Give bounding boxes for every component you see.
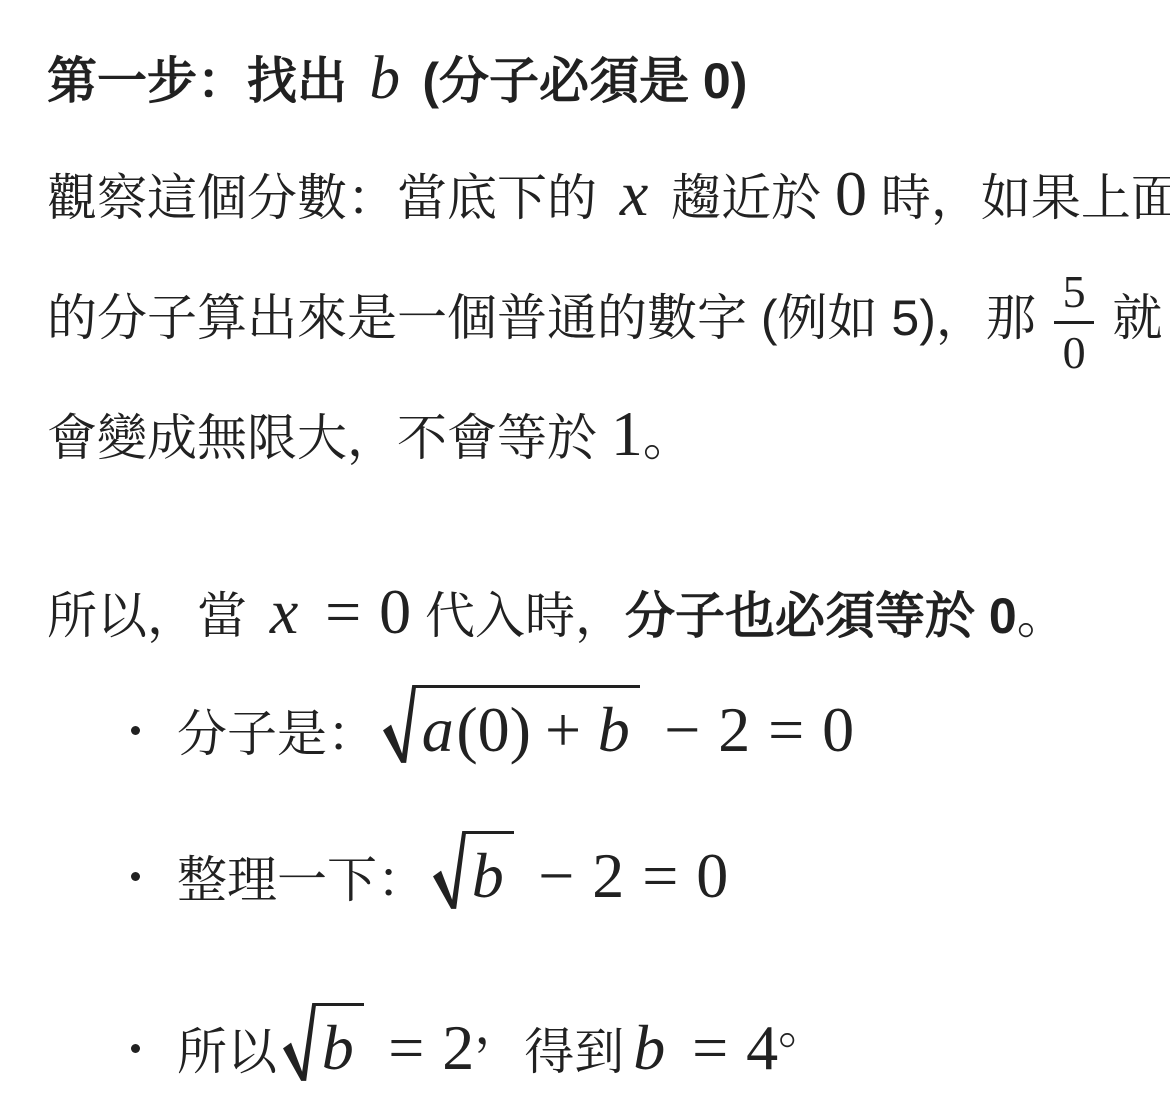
math-num-2: 2 bbox=[442, 1012, 474, 1083]
document-body: 第一步：找出 b (分子必須是 0) 觀察這個分數：當底下的 x 趨近於 0 時… bbox=[0, 0, 1170, 1102]
paragraph-line-1: 觀察這個分數：當底下的 x 趨近於 0 時，如果上面 bbox=[47, 138, 1130, 258]
text-segment: 。 bbox=[643, 410, 693, 466]
math-equals: = bbox=[325, 576, 361, 647]
text-segment: 會變成無限大，不會等於 bbox=[47, 410, 611, 466]
paragraph-conclusion: 所以，當 x=0 代入時，分子也必須等於 0。 bbox=[47, 568, 1130, 664]
sqrt-expression: b bbox=[433, 831, 514, 909]
paragraph-line-3: 會變成無限大，不會等於 1。 bbox=[47, 378, 1130, 498]
radical-icon bbox=[433, 831, 466, 909]
text-segment: 時，如果上面 bbox=[867, 170, 1170, 226]
bullet-label: 所以 bbox=[177, 1024, 277, 1080]
math-equals: = bbox=[642, 840, 678, 911]
math-minus: − bbox=[664, 694, 700, 765]
math-var-b: b bbox=[472, 840, 504, 911]
math-num-0: 0 bbox=[696, 840, 728, 911]
heading-math-var-b: b bbox=[369, 45, 400, 112]
bullet-dot-icon bbox=[131, 1044, 140, 1053]
radical-icon bbox=[283, 1003, 316, 1081]
raised-comma: ， bbox=[474, 976, 524, 1076]
step-heading: 第一步：找出 b (分子必須是 0) bbox=[47, 48, 1130, 114]
paragraph-observation: 觀察這個分數：當底下的 x 趨近於 0 時，如果上面 的分子算出來是一個普通的數… bbox=[47, 138, 1130, 498]
math-equals: = bbox=[768, 694, 804, 765]
math-num-1: 1 bbox=[611, 398, 643, 469]
math-var-b: b bbox=[633, 1012, 665, 1083]
text-segment: 所以，當 bbox=[47, 588, 261, 644]
text-segment: 代入時， bbox=[411, 588, 625, 644]
fraction-denominator: 0 bbox=[1054, 324, 1094, 378]
math-num-2: 2 bbox=[718, 694, 750, 765]
text-segment: 的分子算出來是一個普通的數字 (例如 5)，那 bbox=[47, 290, 1050, 346]
sqrt-expression: b bbox=[283, 1003, 364, 1081]
bullet-label: 整理一下： bbox=[177, 852, 427, 908]
text-segment: 。 bbox=[1017, 588, 1067, 644]
text-segment: 得到 bbox=[524, 1024, 624, 1080]
math-equals: = bbox=[692, 1012, 728, 1083]
radicand: b bbox=[315, 1003, 364, 1081]
bullet-label: 分子是： bbox=[177, 706, 377, 762]
math-num-0: 0 bbox=[379, 576, 411, 647]
math-equals: = bbox=[388, 1012, 424, 1083]
fraction-numerator: 5 bbox=[1054, 266, 1094, 324]
text-segment: 就 bbox=[1099, 290, 1163, 346]
math-var-x: x bbox=[270, 576, 298, 647]
math-var-x: x bbox=[620, 158, 648, 229]
bullet-item-simplify: 整理一下：b−2=0 bbox=[47, 830, 1130, 930]
math-num-0: 0 bbox=[835, 158, 867, 229]
math-num-4: 4 bbox=[746, 1012, 778, 1083]
bullet-list: 分子是：a(0)+b−2=0 整理一下：b−2=0 所以b=2，得到b=4。 bbox=[47, 684, 1130, 1102]
bullet-item-numerator: 分子是：a(0)+b−2=0 bbox=[47, 684, 1130, 784]
raised-period: 。 bbox=[778, 976, 828, 1076]
math-plus: + bbox=[545, 694, 581, 765]
math-paren-zero: (0) bbox=[456, 694, 531, 765]
math-var-b: b bbox=[322, 1012, 354, 1083]
radicand: a(0)+b bbox=[415, 685, 640, 763]
bullet-item-result: 所以b=2，得到b=4。 bbox=[47, 976, 1130, 1102]
radicand: b bbox=[465, 831, 514, 909]
bullet-dot-icon bbox=[131, 872, 140, 881]
math-minus: − bbox=[538, 840, 574, 911]
sqrt-expression: a(0)+b bbox=[383, 685, 640, 763]
text-segment: 觀察這個分數：當底下的 bbox=[47, 170, 611, 226]
fraction-five-over-zero: 50 bbox=[1054, 266, 1094, 378]
bullet-dot-icon bbox=[131, 726, 140, 735]
math-num-0: 0 bbox=[822, 694, 854, 765]
math-var-b: b bbox=[598, 694, 630, 765]
heading-text-post: (分子必須是 0) bbox=[408, 53, 747, 109]
text-segment: 趨近於 bbox=[657, 170, 835, 226]
paragraph-line-2: 的分子算出來是一個普通的數字 (例如 5)，那 50 就 bbox=[47, 258, 1130, 378]
math-num-2: 2 bbox=[592, 840, 624, 911]
heading-text-pre: 第一步：找出 bbox=[47, 53, 361, 109]
math-var-a: a bbox=[422, 694, 454, 765]
bold-statement: 分子也必須等於 0 bbox=[625, 588, 1017, 644]
radical-icon bbox=[383, 685, 416, 763]
